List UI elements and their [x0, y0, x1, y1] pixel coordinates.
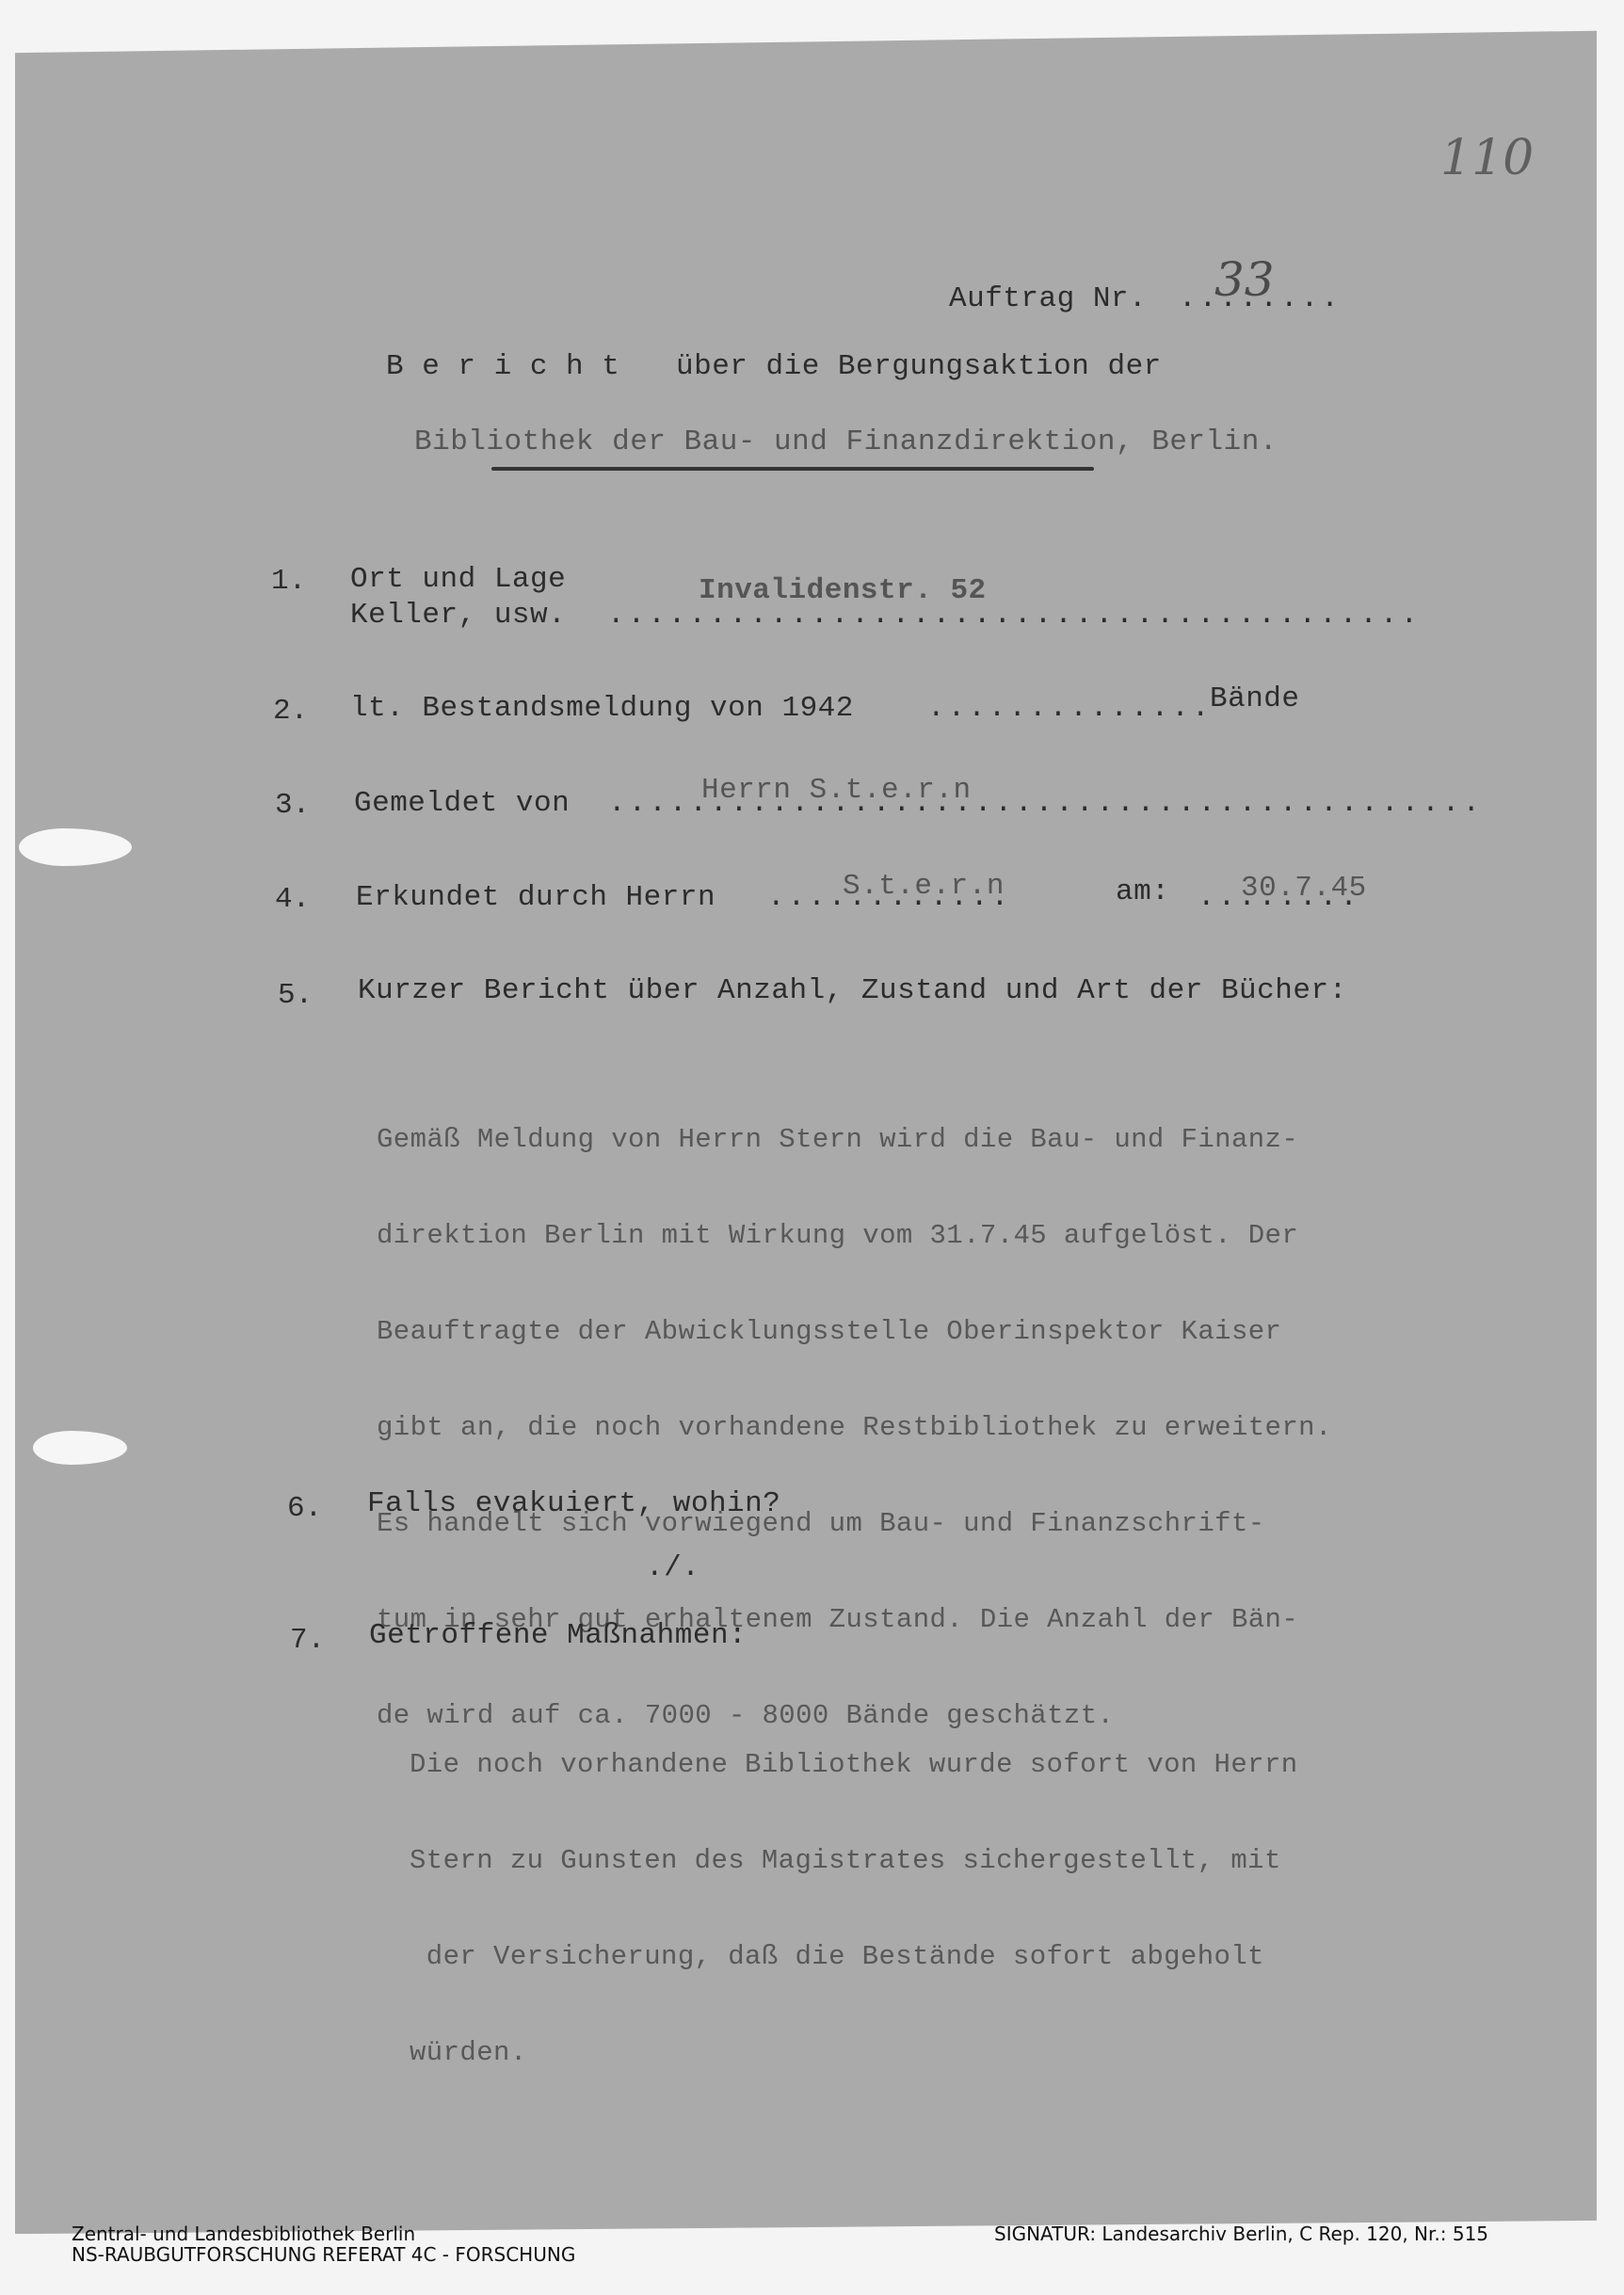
item-4-date-label: am:	[1116, 875, 1169, 908]
item-5-body-line: Gemäß Meldung von Herrn Stern wird die B…	[377, 1124, 1332, 1156]
item-4-date-value: 30.7.45	[1241, 872, 1367, 905]
page-number-handwritten: 110	[1440, 130, 1534, 186]
footer-left: Zentral- und Landesbibliothek Berlin NS-…	[72, 2223, 575, 2265]
item-7-body-line: Die noch vorhandene Bibliothek wurde sof…	[410, 1749, 1298, 1781]
item-2-label: lt. Bestandsmeldung von 1942	[350, 692, 854, 725]
item-3-label: Gemeldet von	[354, 787, 570, 820]
item-4-label: Erkundet durch Herrn	[356, 881, 716, 914]
item-5-label: Kurzer Bericht über Anzahl, Zustand und …	[358, 974, 1347, 1007]
item-7-body-line: der Versicherung, daß die Bestände sofor…	[410, 1941, 1298, 1973]
item-7-body-line: Stern zu Gunsten des Magistrates sicherg…	[410, 1845, 1298, 1877]
item-7-body: Die noch vorhandene Bibliothek wurde sof…	[410, 1685, 1298, 2101]
item-7-label: Getroffene Maßnahmen:	[369, 1619, 747, 1652]
footer-institution: Zentral- und Landesbibliothek Berlin	[72, 2223, 575, 2244]
item-6-number: 6.	[287, 1492, 322, 1525]
item-1-number: 1.	[271, 565, 306, 598]
title-underline	[491, 467, 1094, 471]
item-1-label-line2: Keller, usw.	[350, 599, 566, 632]
title-line2: Bibliothek der Bau- und Finanzdirektion,…	[414, 425, 1278, 458]
item-2-number: 2.	[273, 695, 308, 728]
item-1-label-line1: Ort und Lage	[350, 563, 566, 596]
item-2-dots: ..............	[927, 692, 1212, 725]
item-5-body-line: Beauftragte der Abwicklungsstelle Oberin…	[377, 1316, 1332, 1348]
title-line1: über die Bergungsaktion der	[676, 350, 1162, 383]
item-6-value: ./.	[646, 1551, 699, 1584]
item-4-value: S.t.e.r.n	[843, 870, 1005, 903]
item-5-body: Gemäß Meldung von Herrn Stern wird die B…	[377, 1060, 1332, 1764]
item-6-label: Falls evakuiert, wohin?	[367, 1487, 780, 1520]
item-5-body-line: direktion Berlin mit Wirkung vom 31.7.45…	[377, 1220, 1332, 1252]
item-7-number: 7.	[290, 1624, 325, 1657]
item-5-body-line: gibt an, die noch vorhandene Restbibliot…	[377, 1412, 1332, 1444]
item-3-value: Herrn S.t.e.r.n	[701, 774, 972, 807]
item-4-number: 4.	[275, 883, 310, 916]
item-7-body-line: würden.	[410, 2037, 1298, 2069]
auftrag-label: Auftrag Nr.	[949, 282, 1147, 315]
item-3-number: 3.	[275, 789, 310, 822]
item-2-suffix: Bände	[1210, 682, 1300, 715]
footer-department: NS-RAUBGUTFORSCHUNG REFERAT 4C - FORSCHU…	[72, 2244, 575, 2265]
footer-signatur: SIGNATUR: Landesarchiv Berlin, C Rep. 12…	[994, 2223, 1488, 2244]
auftrag-number: 33	[1214, 252, 1275, 307]
item-1-value: Invalidenstr. 52	[699, 574, 987, 607]
item-5-number: 5.	[278, 979, 313, 1012]
title-bericht: B e r i c h t	[386, 350, 619, 383]
